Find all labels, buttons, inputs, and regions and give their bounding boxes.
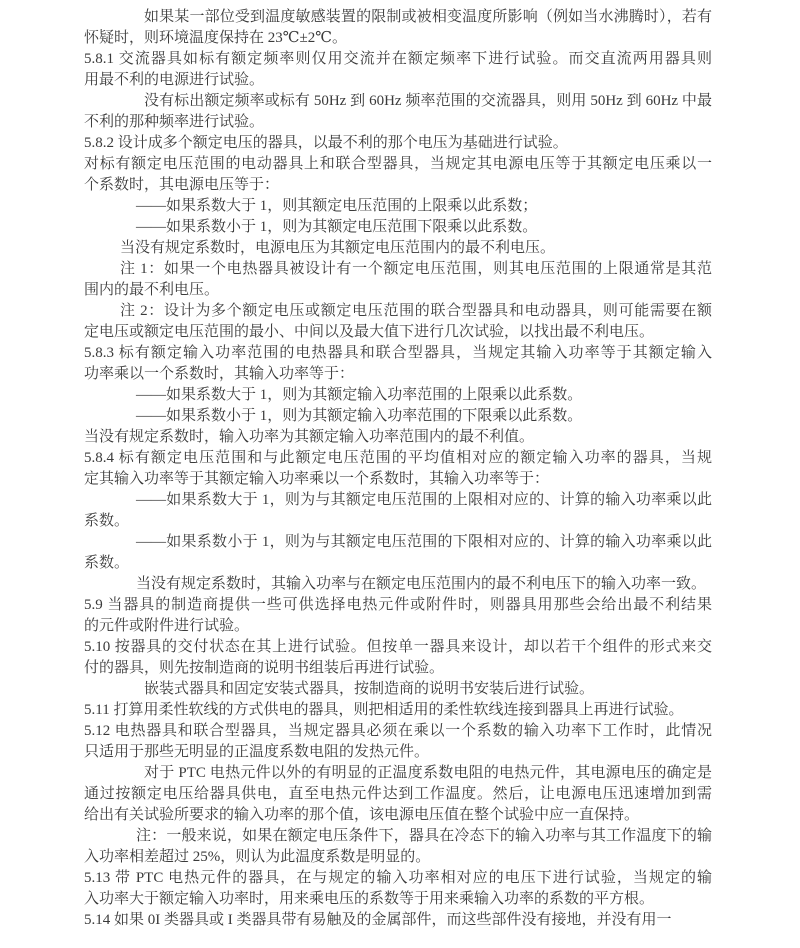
text-line: 给出有关试验所要求的输入功率的那个值，该电源电压值在整个试验中应一直保持。 <box>84 805 712 826</box>
text-line: 如果某一部位受到温度敏感装置的限制或被相变温度所影响（例如当水沸腾时），若有 <box>84 7 712 28</box>
text-line: 功率乘以一个系数时，其输入功率等于： <box>84 364 712 385</box>
text-line: 5.13 带 PTC 电热元件的器具，在与规定的输入功率相对应的电压下进行试验，… <box>84 868 712 889</box>
text-line: 5.14 如果 0I 类器具或 I 类器具带有易触及的金属部件，而这些部件没有接… <box>84 910 712 931</box>
text-line: 5.10 按器具的交付状态在其上进行试验。但按单一器具来设计，却以若干个组件的形… <box>84 637 712 658</box>
text-line: 个系数时，其电源电压等于： <box>84 175 712 196</box>
text-line: 5.12 电热器具和联合型器具，当规定器具必须在乘以一个系数的输入功率下工作时，… <box>84 721 712 742</box>
text-line: 当没有规定系数时，其输入功率与在额定电压范围内的最不利电压下的输入功率一致。 <box>84 574 712 595</box>
text-line: 对于 PTC 电热元件以外的有明显的正温度系数电阻的电热元件，其电源电压的确定是 <box>84 763 712 784</box>
text-line: ——如果系数小于 1，则为其额定电压范围下限乘以此系数。 <box>84 217 712 238</box>
text-line: 嵌装式器具和固定安装式器具，按制造商的说明书安装后进行试验。 <box>84 679 712 700</box>
text-line: 5.8.3 标有额定输入功率范围的电热器具和联合型器具，当规定其输入功率等于其额… <box>84 343 712 364</box>
text-line: 不利的那种频率进行试验。 <box>84 112 712 133</box>
text-line: 注 1：如果一个电热器具被设计有一个额定电压范围，则其电压范围的上限通常是其范 <box>84 259 712 280</box>
text-line: 对标有额定电压范围的电动器具上和联合型器具，当规定其电源电压等于其额定电压乘以一 <box>84 154 712 175</box>
text-line: 入功率大于额定输入功率时，用来乘电压的系数等于用来乘输入功率的系数的平方根。 <box>84 889 712 910</box>
text-line: 5.9 当器具的制造商提供一些可供选择电热元件或附件时，则器具用那些会给出最不利… <box>84 595 712 616</box>
text-line: 系数。 <box>84 511 712 532</box>
text-line: 通过按额定电压给器具供电，直至电热元件达到工作温度。然后，让电源电压迅速增加到需 <box>84 784 712 805</box>
text-line: 的元件或附件进行试验。 <box>84 616 712 637</box>
text-line: 5.8.1 交流器具如标有额定频率则仅用交流并在额定频率下进行试验。而交直流两用… <box>84 49 712 70</box>
document-page: 如果某一部位受到温度敏感装置的限制或被相变温度所影响（例如当水沸腾时），若有怀疑… <box>0 0 800 948</box>
text-line: 怀疑时，则环境温度保持在 23℃±2℃。 <box>84 28 712 49</box>
text-line: 定电压或额定电压范围的最小、中间以及最大值下进行几次试验，以找出最不利电压。 <box>84 322 712 343</box>
text-line: 5.11 打算用柔性软线的方式供电的器具，则把相适用的柔性软线连接到器具上再进行… <box>84 700 712 721</box>
text-line: 5.8.4 标有额定电压范围和与此额定电压范围的平均值相对应的额定输入功率的器具… <box>84 448 712 469</box>
text-line: 定其输入功率等于其额定输入功率乘以一个系数时，其输入功率等于： <box>84 469 712 490</box>
text-line: 当没有规定系数时，输入功率为其额定输入功率范围内的最不利值。 <box>84 427 712 448</box>
text-line: 当没有规定系数时，电源电压为其额定电压范围内的最不利电压。 <box>84 238 712 259</box>
text-line: ——如果系数大于 1，则为与其额定电压范围的上限相对应的、计算的输入功率乘以此 <box>84 490 712 511</box>
text-line: ——如果系数大于 1，则其额定电压范围的上限乘以此系数； <box>84 196 712 217</box>
text-line: ——如果系数小于 1，则为与其额定电压范围的下限相对应的、计算的输入功率乘以此 <box>84 532 712 553</box>
text-line: 注 2：设计为多个额定电压或额定电压范围的联合型器具和电动器具，则可能需要在额 <box>84 301 712 322</box>
text-line: 5.8.2 设计成多个额定电压的器具，以最不利的那个电压为基础进行试验。 <box>84 133 712 154</box>
text-line: 注：一般来说，如果在额定电压条件下，器具在冷态下的输入功率与其工作温度下的输 <box>84 826 712 847</box>
text-line: 围内的最不利电压。 <box>84 280 712 301</box>
text-line: 用最不利的电源进行试验。 <box>84 70 712 91</box>
text-line: 入功率相差超过 25%，则认为此温度系数是明显的。 <box>84 847 712 868</box>
text-line: 系数。 <box>84 553 712 574</box>
document-text: 如果某一部位受到温度敏感装置的限制或被相变温度所影响（例如当水沸腾时），若有怀疑… <box>84 7 712 931</box>
text-line: 付的器具，则先按制造商的说明书组装后再进行试验。 <box>84 658 712 679</box>
text-line: 只适用于那些无明显的正温度系数电阻的发热元件。 <box>84 742 712 763</box>
text-line: 没有标出额定频率或标有 50Hz 到 60Hz 频率范围的交流器具，则用 50H… <box>84 91 712 112</box>
text-line: ——如果系数小于 1，则为其额定输入功率范围的下限乘以此系数。 <box>84 406 712 427</box>
text-line: ——如果系数大于 1，则为其额定输入功率范围的上限乘以此系数。 <box>84 385 712 406</box>
